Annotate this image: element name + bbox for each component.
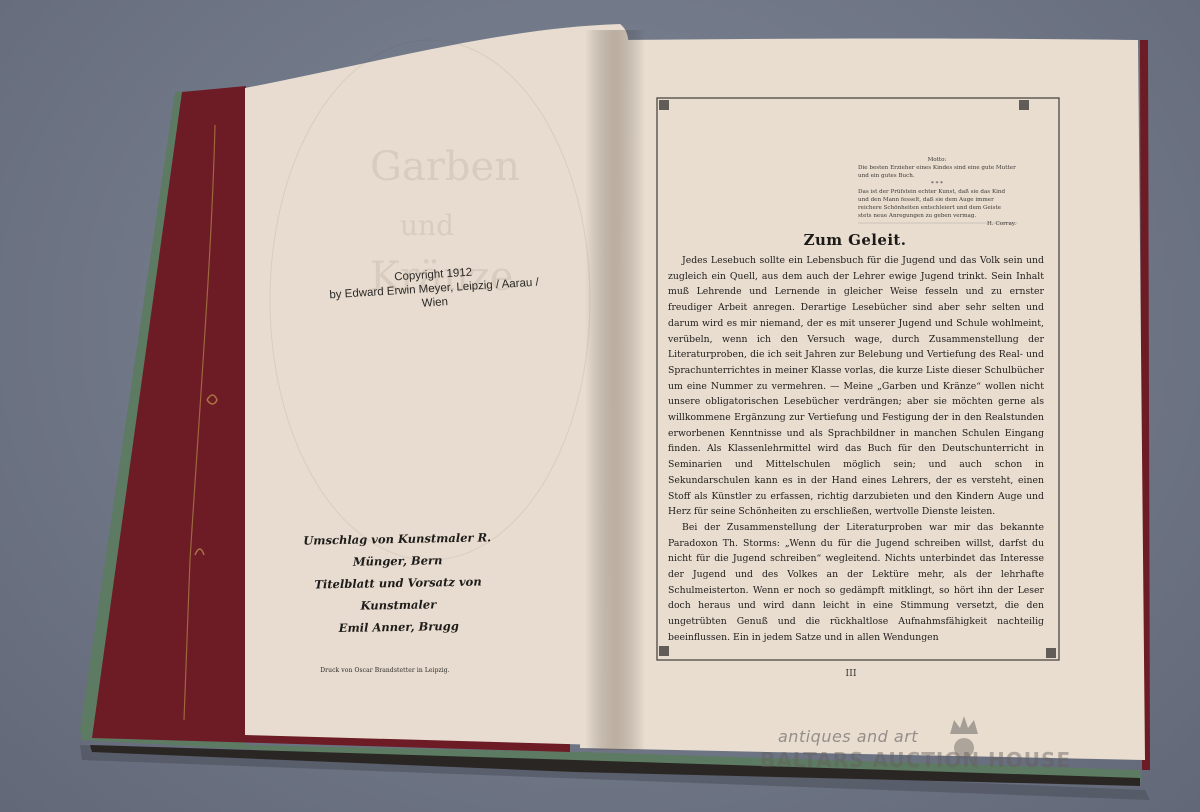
page-number: III [836, 668, 866, 679]
paragraph: Bei der Zusammenstellung der Literaturpr… [668, 520, 1044, 646]
chapter-heading: Zum Geleit. [690, 231, 1020, 249]
corner-ornament-tr [1019, 100, 1029, 110]
paragraph: Jedes Lesebuch sollte ein Lebensbuch für… [668, 253, 1044, 520]
svg-text:Garben: Garben [370, 144, 520, 190]
credits-line3: Emil Anner, Brugg [279, 614, 519, 640]
motto-block: Motto: Die besten Erzieher eines Kindes … [858, 156, 1016, 228]
credits-line2: Titelblatt und Vorsatz von Kunstmaler [278, 570, 519, 618]
svg-text:und: und [400, 209, 454, 242]
motto-author: H. Corray. [858, 220, 1016, 228]
motto-quote-1: Die besten Erzieher eines Kindes sind ei… [858, 164, 1016, 180]
corner-ornament-bl [659, 646, 669, 656]
watermark-brand: BALTARS AUCTION HOUSE [760, 748, 1071, 772]
motto-quote-2: Das ist der Prüfstein echter Kunst, daß … [858, 188, 1016, 220]
motto-separator: * * * [858, 180, 1016, 188]
printer-imprint: Druck von Oscar Brandstetter in Leipzig. [300, 667, 470, 674]
watermark-tagline: antiques and art [778, 727, 918, 746]
motto-label: Motto: [858, 156, 1016, 164]
corner-ornament-tl [659, 100, 669, 110]
illustration-credits: Umschlag von Kunstmaler R. Münger, Bern … [277, 526, 519, 640]
corner-ornament-br [1046, 648, 1056, 658]
body-text: Jedes Lesebuch sollte ein Lebensbuch für… [668, 253, 1044, 646]
credits-line1: Umschlag von Kunstmaler R. Münger, Bern [277, 526, 518, 574]
